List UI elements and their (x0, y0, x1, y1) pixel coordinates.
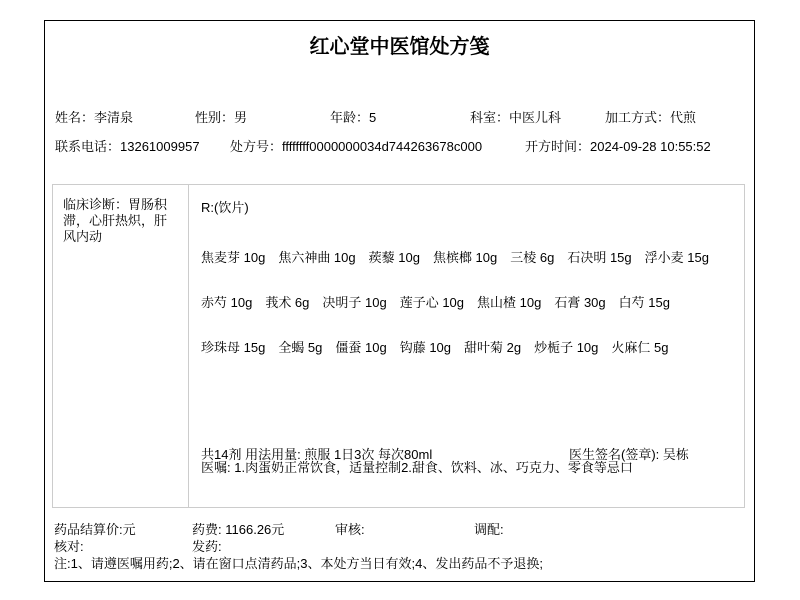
herb-item: 石膏 30g (554, 292, 605, 311)
doctor-advice: 医嘱: 1.肉蛋奶正常饮食，适量控制2.甜食、饮料、冰、巧克力、零食等忌口 (201, 460, 638, 476)
phone-label: 联系电话： (55, 139, 120, 154)
prescription-frame: 红心堂中医馆处方笺 姓名：李清泉 性别：男 年龄：5 科室：中医儿科 加工方式：… (44, 20, 755, 582)
review-label: 审核: (335, 522, 365, 537)
herb-item: 火麻仁 5g (611, 337, 668, 356)
herb-item: 决明子 10g (322, 292, 386, 311)
processing-label: 加工方式： (605, 110, 670, 125)
patient-name-value: 李清泉 (94, 110, 133, 125)
herb-item: 炒栀子 10g (534, 337, 598, 356)
herb-item: 蒺藜 10g (369, 247, 420, 266)
herb-item: 珍珠母 15g (201, 337, 265, 356)
phone-value: 13261009957 (120, 139, 200, 154)
prescription-page: 红心堂中医馆处方笺 姓名：李清泉 性别：男 年龄：5 科室：中医儿科 加工方式：… (0, 0, 800, 600)
prescription-number-label: 处方号： (230, 139, 282, 154)
diagnosis-label: 临床诊断： (63, 197, 128, 212)
field-gender: 性别：男 (195, 107, 247, 126)
field-patient-name: 姓名：李清泉 (55, 107, 133, 126)
age-value: 5 (369, 110, 376, 125)
gender-value: 男 (234, 110, 247, 125)
herb-item: 莪术 6g (265, 292, 309, 311)
page-title: 红心堂中医馆处方笺 (45, 36, 754, 58)
herb-item: 焦槟榔 10g (433, 247, 497, 266)
field-prescription-number: 处方号：ffffffff0000000034d744263678c000 (230, 136, 482, 155)
department-value: 中医儿科 (509, 110, 561, 125)
rx-panel: R:(饮片) 焦麦芽 10g 焦六神曲 10g 蒺藜 10g 焦槟榔 10g 三… (189, 185, 744, 507)
patient-name-label: 姓名： (55, 110, 94, 125)
dispense-label: 发药: (192, 539, 222, 554)
settlement-price-label: 药品结算价: (54, 522, 123, 537)
settlement-price-value: 元 (123, 522, 136, 537)
herb-item: 三棱 6g (510, 247, 554, 266)
processing-value: 代煎 (670, 110, 696, 125)
field-age: 年龄：5 (330, 107, 376, 126)
footer-note: 注:1、请遵医嘱用药;2、请在窗口点清药品;3、本处方当日有效;4、发出药品不予… (54, 553, 543, 572)
field-prepare: 调配: (474, 519, 504, 538)
medicine-fee-value: 1166.26元 (225, 522, 284, 537)
herb-item: 浮小麦 15g (645, 247, 709, 266)
issue-time-label: 开方时间： (525, 139, 590, 154)
herb-item: 全蝎 5g (278, 337, 322, 356)
herb-item: 甜叶菊 2g (464, 337, 521, 356)
doctor-signature-name: 吴栋 (663, 447, 689, 462)
field-issue-time: 开方时间：2024-09-28 10:55:52 (525, 136, 711, 155)
field-processing-method: 加工方式：代煎 (605, 107, 696, 126)
herb-item: 焦麦芽 10g (201, 247, 265, 266)
diagnosis-panel: 临床诊断：胃肠积滞，心肝热炽，肝风内动 (53, 185, 189, 507)
field-review: 审核: (335, 519, 365, 538)
herb-item: 石决明 15g (567, 247, 631, 266)
herb-item: 赤芍 10g (201, 292, 252, 311)
herb-item: 白芍 15g (619, 292, 670, 311)
department-label: 科室： (470, 110, 509, 125)
medicine-fee-label: 药费: (192, 522, 222, 537)
herb-item: 焦六神曲 10g (278, 247, 355, 266)
herb-item: 焦山楂 10g (477, 292, 541, 311)
rx-header: R:(饮片) (201, 197, 249, 216)
issue-time-value: 2024-09-28 10:55:52 (590, 139, 711, 154)
herb-row-2: 赤芍 10g 莪术 6g 决明子 10g 莲子心 10g 焦山楂 10g 石膏 … (201, 292, 670, 311)
herb-item: 钩藤 10g (400, 337, 451, 356)
herb-row-1: 焦麦芽 10g 焦六神曲 10g 蒺藜 10g 焦槟榔 10g 三棱 6g 石决… (201, 247, 709, 266)
prescription-number-value: ffffffff0000000034d744263678c000 (282, 139, 482, 154)
field-department: 科室：中医儿科 (470, 107, 561, 126)
gender-label: 性别： (195, 110, 234, 125)
prepare-label: 调配: (474, 522, 504, 537)
herb-row-3: 珍珠母 15g 全蝎 5g 僵蚕 10g 钩藤 10g 甜叶菊 2g 炒栀子 1… (201, 337, 668, 356)
herb-item: 僵蚕 10g (335, 337, 386, 356)
prescription-body: 临床诊断：胃肠积滞，心肝热炽，肝风内动 R:(饮片) 焦麦芽 10g 焦六神曲 … (52, 184, 745, 508)
check-label: 核对: (54, 539, 84, 554)
herb-item: 莲子心 10g (400, 292, 464, 311)
age-label: 年龄： (330, 110, 369, 125)
field-phone: 联系电话：13261009957 (55, 136, 200, 155)
